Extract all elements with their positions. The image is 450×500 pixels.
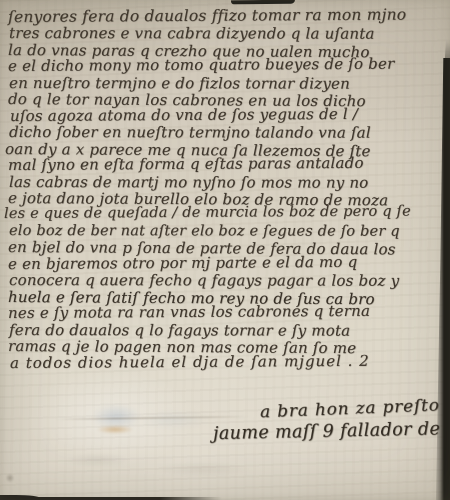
manuscript-scan: ſenyores fera do daualos ffizo tomar ra … bbox=[0, 0, 450, 500]
scan-vignette bbox=[0, 0, 450, 500]
